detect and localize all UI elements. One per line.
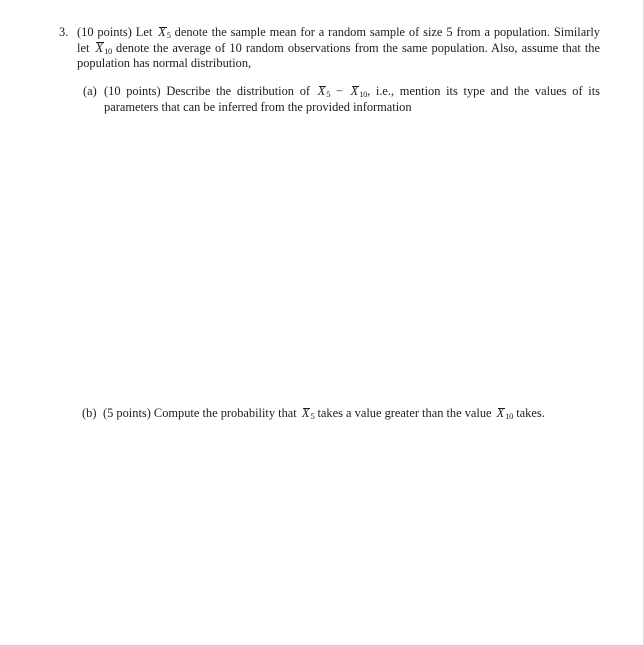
math-xbar-variable: X [350,84,360,100]
math-subscript: 5 [167,30,171,40]
math-subscript: 10 [505,411,513,421]
problem-part-b: (b) (5 points) Compute the probability t… [82,406,604,422]
math-subscript: 5 [310,411,314,421]
problem-number: 3. [59,25,77,41]
math-subscript: 10 [104,46,112,56]
math-xbar-variable: X [496,406,506,422]
math-xbar-variable: X [317,84,327,100]
math-xbar-variable: X [157,25,167,41]
problem-part-a: (a) (10 points) Describe the distributio… [83,84,600,115]
part-b-label: (b) [82,406,103,422]
document-page: 3. (10 points) Let X5 denote the sample … [0,0,644,646]
part-b-text: (5 points) Compute the probability that … [103,406,604,422]
math-xbar-variable: X [301,406,311,422]
problem-3: 3. (10 points) Let X5 denote the sample … [59,25,600,72]
math-xbar-variable: X [94,41,104,57]
part-a-label: (a) [83,84,104,100]
part-a-text: (10 points) Describe the distribution of… [104,84,600,115]
math-subscript: 5 [326,89,330,99]
math-subscript: 10 [359,89,367,99]
problem-intro-text: (10 points) Let X5 denote the sample mea… [77,25,600,72]
